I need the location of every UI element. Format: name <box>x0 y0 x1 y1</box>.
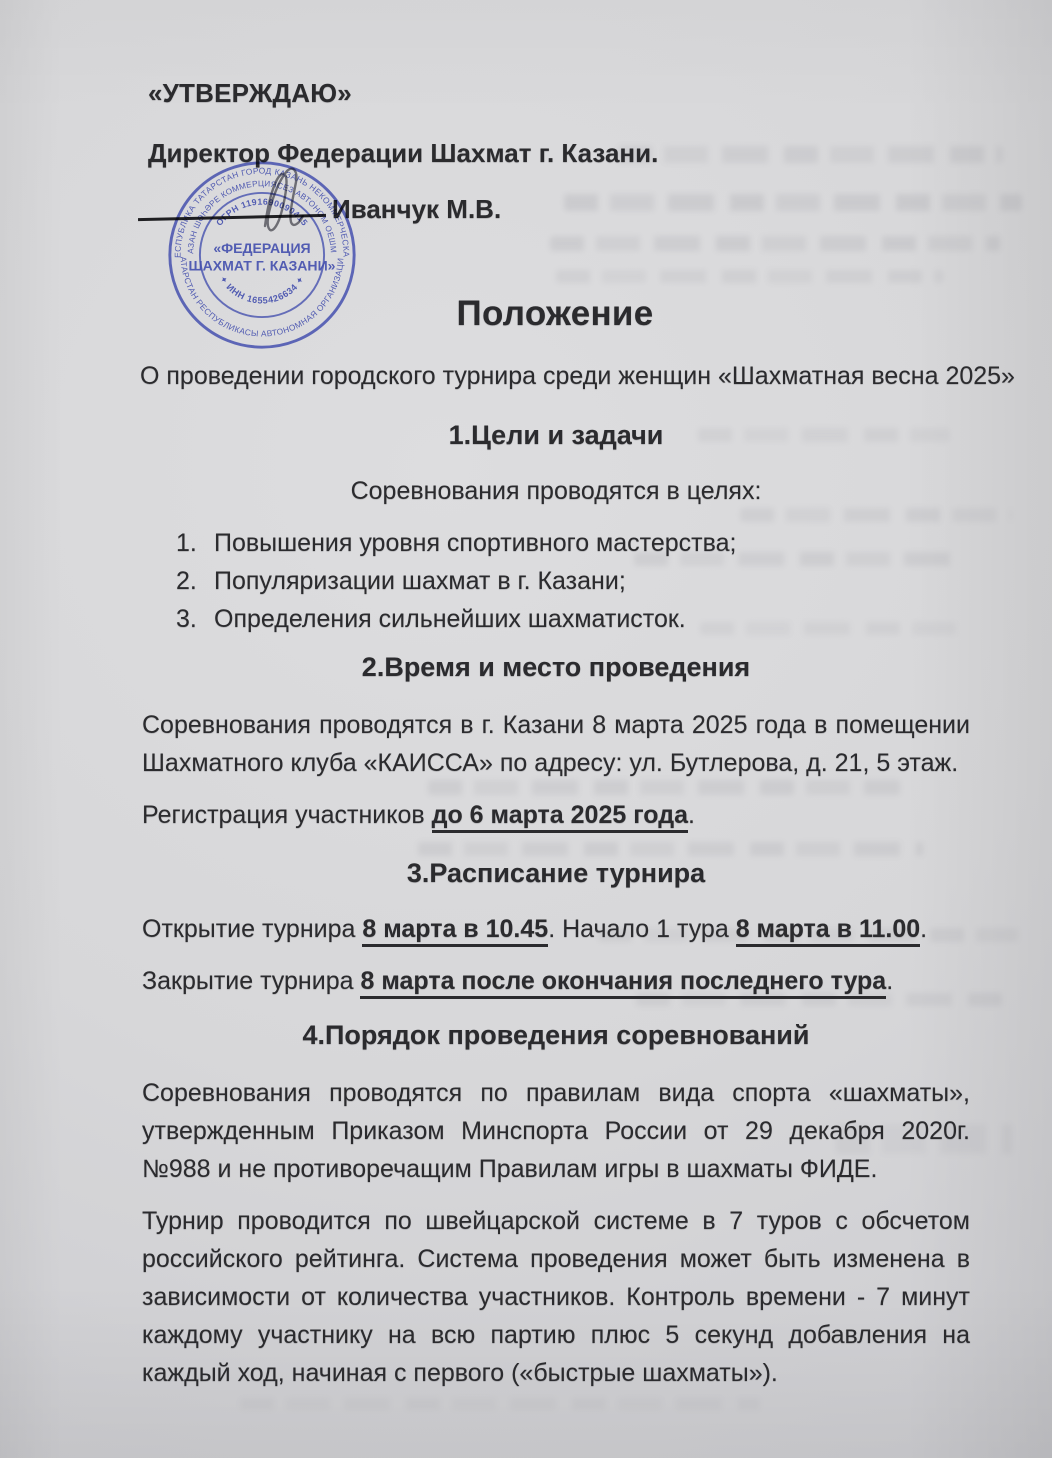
stamp-center-line2: ШАХМАТ Г. КАЗАНИ» <box>189 258 336 274</box>
section-1-heading: 1.Цели и задачи <box>142 418 970 452</box>
closing-paragraph: Закрытие турнира 8 марта после окончания… <box>142 962 970 1000</box>
document-page: «УТВЕРЖДАЮ» Директор Федерации Шахмат г.… <box>0 0 1052 1458</box>
handwritten-signature <box>243 158 353 250</box>
approve-label: «УТВЕРЖДАЮ» <box>148 78 352 109</box>
section-2-heading: 2.Время и место проведения <box>142 650 970 684</box>
opening-suffix: . <box>920 915 927 943</box>
opening-prefix: Открытие турнира <box>142 915 362 943</box>
registration-prefix: Регистрация участников <box>142 801 432 829</box>
document-subtitle: О проведении городского турнира среди же… <box>140 362 974 391</box>
venue-paragraph: Соревнования проводятся в г. Казани 8 ма… <box>142 706 970 782</box>
list-item-text: Популяризации шахмат в г. Казани; <box>214 562 626 600</box>
goals-list: 1. Повышения уровня спортивного мастерст… <box>142 524 970 638</box>
list-item: 1. Повышения уровня спортивного мастерст… <box>176 524 970 562</box>
list-item-text: Определения сильнейших шахматисток. <box>214 600 686 638</box>
list-item: 2. Популяризации шахмат в г. Казани; <box>176 562 970 600</box>
opening-mid: . Начало 1 тура <box>548 915 736 943</box>
list-item: 3. Определения сильнейших шахматисток. <box>176 600 970 638</box>
ghost-line <box>618 146 1003 163</box>
ghost-line <box>550 236 1000 251</box>
ghost-line <box>564 194 1022 211</box>
document-body: 1.Цели и задачи Соревнования проводятся … <box>142 408 970 1392</box>
section-4-heading: 4.Порядок проведения соревнований <box>142 1018 970 1052</box>
registration-deadline: до 6 марта 2025 года <box>432 801 688 833</box>
opening-paragraph: Открытие турнира 8 марта в 10.45. Начало… <box>142 910 970 948</box>
closing-suffix: . <box>886 967 893 995</box>
list-item-text: Повышения уровня спортивного мастерства; <box>214 524 736 562</box>
ghost-line <box>556 270 944 283</box>
document-title: Положение <box>140 294 970 334</box>
system-paragraph: Турнир проводится по швейцарской системе… <box>142 1202 970 1392</box>
list-item-number: 1. <box>176 524 214 562</box>
opening-time: 8 марта в 10.45 <box>362 915 548 947</box>
registration-paragraph: Регистрация участников до 6 марта 2025 г… <box>142 796 970 834</box>
ghost-line <box>240 1398 760 1410</box>
rules-paragraph: Соревнования проводятся по правилам вида… <box>142 1074 970 1188</box>
section-1-intro: Соревнования проводятся в целях: <box>142 472 970 510</box>
first-round-time: 8 марта в 11.00 <box>736 915 920 947</box>
registration-suffix: . <box>688 801 695 829</box>
closing-prefix: Закрытие турнира <box>142 967 360 995</box>
section-3-heading: 3.Расписание турнира <box>142 856 970 890</box>
closing-time: 8 марта после окончания последнего тура <box>360 967 886 999</box>
list-item-number: 2. <box>176 562 214 600</box>
list-item-number: 3. <box>176 600 214 638</box>
